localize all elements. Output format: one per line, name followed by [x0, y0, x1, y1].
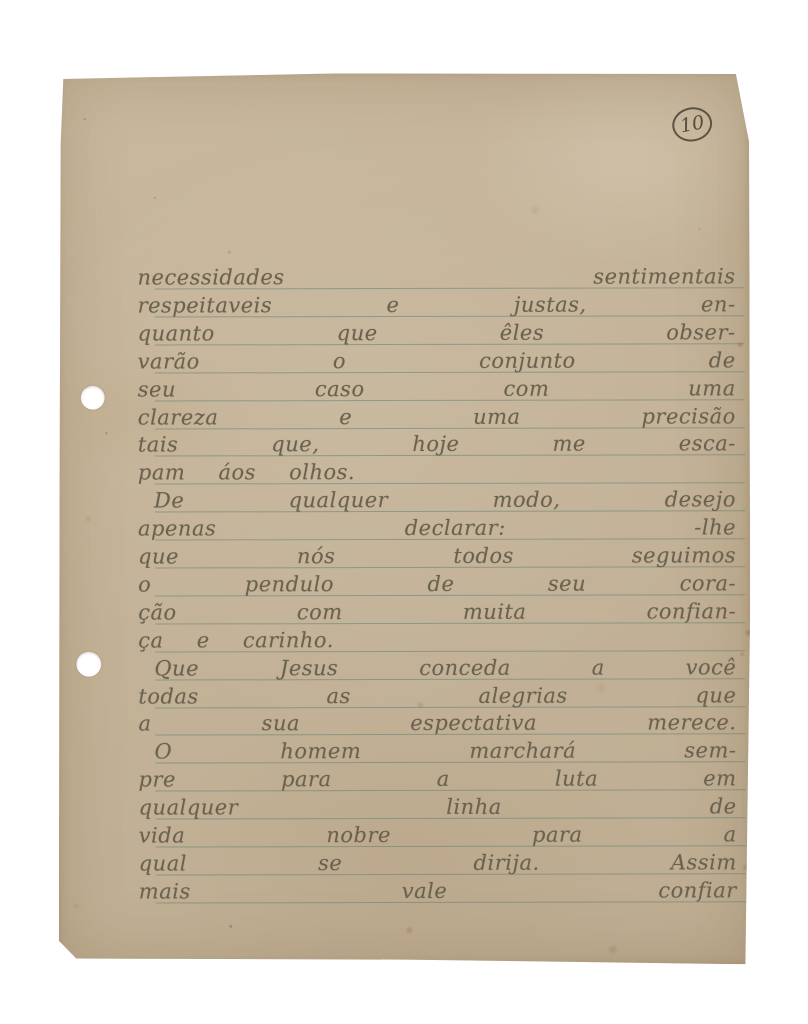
manuscript-line: vida nobre para a [139, 819, 737, 850]
manuscript-line: ça e carinho. [138, 624, 736, 655]
stain [83, 117, 86, 120]
manuscript-line: pam áos olhos. [138, 457, 736, 488]
stain [153, 196, 156, 199]
manuscript-line: Que Jesus conceda a você [138, 652, 736, 683]
stain [229, 924, 233, 928]
hole-punch-bottom [76, 652, 101, 677]
manuscript-line: o pendulo de seu cora- [138, 568, 736, 599]
manuscript-line: respeitaveis e justas, en- [138, 289, 736, 320]
manuscript-line: varão o conjunto de [138, 345, 736, 376]
page-number-badge: 10 [669, 104, 714, 144]
paper-stains [57, 71, 749, 72]
manuscript-line: ção com muita confian- [138, 596, 736, 627]
manuscript-line: qualquer linha de [139, 791, 737, 822]
stain [529, 204, 540, 215]
scanned-document: 10 necessidades sentimentaisrespeitaveis… [0, 0, 808, 1024]
manuscript-line: De qualquer modo, desejo [138, 484, 736, 515]
manuscript-line: apenas declarar: -lhe [138, 512, 736, 543]
hole-punch-top [81, 386, 105, 410]
manuscript-line: O homem marchará sem- [138, 736, 736, 767]
manuscript-line: clareza e uma precisão [138, 401, 736, 432]
manuscript-line: tais que, hoje me esca- [138, 429, 736, 460]
manuscript-line: necessidades sentimentais [137, 261, 735, 292]
stain [404, 925, 413, 934]
page-number: 10 [678, 111, 706, 137]
manuscript-line: todas as alegrias que [138, 680, 736, 711]
manuscript-line: qual se dirija. Assim [139, 847, 737, 878]
stain [744, 628, 753, 637]
manuscript-line: que nós todos seguimos [138, 540, 736, 571]
manuscript-lines: necessidades sentimentaisrespeitaveis e … [57, 71, 749, 72]
stain [739, 651, 745, 657]
stain [736, 341, 743, 348]
stain [697, 227, 701, 231]
stain [227, 250, 231, 254]
stain [84, 515, 92, 523]
manuscript-line: mais vale confiar [139, 875, 737, 906]
manuscript-line: seu caso com uma [138, 373, 736, 404]
stain [607, 944, 619, 956]
manuscript-line: quanto que êles obser- [138, 317, 736, 348]
manuscript-line: pre para a luta em [139, 763, 737, 794]
stain [72, 902, 79, 909]
stain [104, 431, 107, 434]
manuscript-line: a sua espectativa merece. [138, 708, 736, 739]
letter-page: 10 necessidades sentimentaisrespeitaveis… [57, 71, 751, 965]
stain [742, 863, 750, 871]
